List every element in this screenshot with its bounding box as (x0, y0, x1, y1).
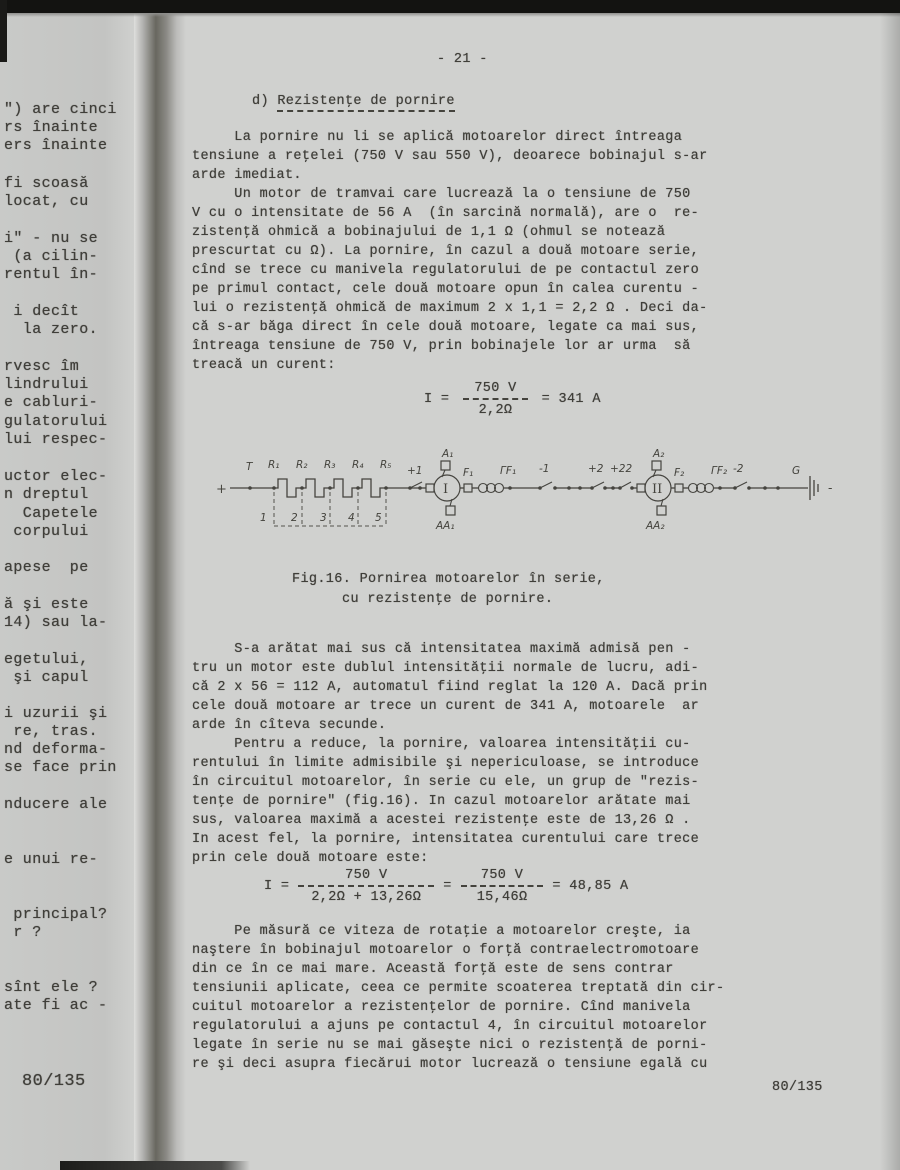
heading-prefix: d) (252, 94, 277, 109)
text-line: regulatorului a ajuns pe contactul 4, în… (192, 1017, 724, 1036)
fraction-denominator: 15,46Ω (461, 885, 544, 905)
text-line: în circuitul motoarelor, în serie cu ele… (192, 773, 699, 792)
scan-bottom-edge (60, 1161, 250, 1170)
label-F2: F₂ (674, 467, 685, 479)
formula-lhs: I = (424, 392, 449, 407)
scan-left-edge (0, 0, 7, 62)
fraction: 750 V 2,2Ω (458, 381, 532, 418)
formula-current-4885: I = 750 V 2,2Ω + 13,26Ω = 750 V 15,46Ω =… (264, 868, 628, 905)
label-contact-plus22: +22 (610, 463, 632, 475)
fraction-numerator: 750 V (331, 868, 401, 885)
left-page-fragment: ate fi ac - (4, 997, 107, 1014)
contact-node-R5 (384, 486, 388, 490)
left-page-fragment: lindrului (4, 376, 89, 393)
text-line: tensiunii aplicate, ceea ce permite scoa… (192, 979, 724, 998)
left-page-fragment: rentul în- (4, 266, 98, 283)
fraction-numerator: 750 V (458, 381, 532, 398)
label-R3: R₃ (324, 459, 336, 471)
text-line: In acest fel, la pornire, intensitatea c… (192, 830, 699, 849)
step-number-3: 3 (320, 512, 327, 524)
text-line: V cu o intensitate de 56 A (în sarcină n… (192, 204, 708, 223)
scan-top-shadow (0, 13, 900, 17)
left-page-fragment: i decît (4, 303, 79, 320)
text-line: că 2 x 56 = 112 A, automatul fiind regla… (192, 678, 708, 697)
contact-node (763, 486, 767, 490)
left-page-fragment: rs înainte (4, 119, 98, 136)
fraction: 750 V 2,2Ω + 13,26Ω (298, 868, 434, 905)
field-box-F1 (464, 484, 472, 492)
text-line: legate în serie nu se mai găseşte nici o… (192, 1036, 724, 1055)
label-F1: F₁ (463, 467, 473, 479)
formula-lhs: I = (264, 879, 289, 894)
left-page-fragment: nd deforma- (4, 741, 107, 758)
switch-blade-plus22 (620, 482, 631, 488)
left-page-fragment: re, tras. (4, 723, 98, 740)
motor1-brush-top (441, 461, 450, 470)
label-contact-plus2: +2 (588, 463, 604, 475)
section-heading: d) Rezistenţe de pornire (252, 92, 455, 111)
text-line: zistenţă ohmică a bobinajului de 1,1 Ω (… (192, 223, 708, 242)
formula-result: = 48,85 A (552, 879, 628, 894)
switch-blade-plus2 (592, 482, 604, 488)
motor2-terminal-box (637, 484, 645, 492)
text-line: arde în cîteva secunde. (192, 716, 708, 735)
left-page-fragment: e cabluri- (4, 394, 98, 411)
left-page-fragment: la zero. (4, 321, 98, 338)
scan-top-edge (0, 0, 900, 13)
text-line: că s-ar băga direct în cele două motoare… (192, 318, 708, 337)
contact-node (578, 486, 582, 490)
step-number-4: 4 (348, 512, 355, 524)
left-page-fragment: 14) sau la- (4, 614, 107, 631)
left-page-fragment: gulatorului (4, 413, 107, 430)
motor1-brush-bottom (446, 506, 455, 515)
label-T: T (246, 461, 254, 473)
label-G: G (792, 465, 800, 477)
motor1-label: I (443, 482, 448, 497)
left-page-fragment: fi scoasă (4, 175, 89, 192)
contact-node (776, 486, 780, 490)
text-line: re şi deci asupra fiecărui motor lucreaz… (192, 1055, 724, 1074)
switch-blade-minus2 (735, 482, 747, 488)
left-page-fragment: apese pe (4, 559, 89, 576)
left-page-fragment: nducere ale (4, 796, 107, 813)
left-page-fragment: r ? (4, 924, 42, 941)
figure-caption-line2: cu rezistenţe de pornire. (342, 590, 553, 609)
contact-node-T (248, 486, 252, 490)
text-line: prin cele două motoare este: (192, 849, 699, 868)
text-line: S-a arătat mai sus că intensitatea maxim… (192, 640, 708, 659)
left-page-footer: 80/135 (22, 1072, 86, 1091)
text-line: tru un motor este dublul intensităţii no… (192, 659, 708, 678)
left-page-fragment: şi capul (4, 669, 89, 686)
formula-result: = 341 A (542, 392, 601, 407)
left-page-fragment: sînt ele ? (4, 979, 98, 996)
left-page-fragment: n dreptul (4, 486, 89, 503)
fraction-numerator: 750 V (465, 868, 539, 885)
left-page-fragment: uctor elec- (4, 468, 107, 485)
label-R4: R₄ (352, 459, 364, 471)
label-AA1: AA₁ (435, 520, 455, 532)
book-gutter-shadow (134, 13, 186, 1170)
left-page-fragment: ers înainte (4, 137, 107, 154)
text-line: rentului în limite admisibile şi neperic… (192, 754, 699, 773)
fraction-denominator: 2,2Ω (463, 398, 529, 418)
contact-node (718, 486, 722, 490)
text-line: Pe măsură ce viteza de rotaţie a motoare… (192, 922, 724, 941)
ground-symbol (810, 476, 818, 500)
label-contact-plus1: +1 (407, 465, 422, 477)
page-right-edge-shadow (880, 13, 900, 1170)
label-AA2: AA₂ (645, 520, 665, 532)
left-page-fragment: locat, cu (4, 193, 89, 210)
left-page-fragment: i uzurii şi (4, 705, 107, 722)
left-page-fragment: Capetele (4, 505, 98, 522)
paragraph-1: La pornire nu li se aplică motoarelor di… (192, 128, 708, 185)
formula-current-341: I = 750 V 2,2Ω = 341 A (424, 381, 601, 418)
text-line: lui o rezistenţă ohmică de maximum 2 x 1… (192, 299, 708, 318)
text-line: din ce în ce mai mare. Această forţă est… (192, 960, 724, 979)
text-line: treacă un curent: (192, 356, 708, 375)
label-contact-minus2: -2 (733, 463, 744, 475)
label-A2: A₂ (652, 448, 665, 460)
text-line: Pentru a reduce, la pornire, valoarea in… (192, 735, 699, 754)
fraction: 750 V 15,46Ω (461, 868, 544, 905)
text-line: cînd se trece cu manivela regulatorului … (192, 261, 708, 280)
left-page-edge: ") are cincirs înainteers înaintefi scoa… (0, 13, 134, 1170)
label-A1: A₁ (441, 448, 453, 460)
text-line: Un motor de tramvai care lucrează la o t… (192, 185, 708, 204)
step-number-5: 5 (375, 512, 382, 524)
step-number-1: 1 (260, 512, 267, 524)
contact-node-R4 (356, 486, 360, 490)
left-page-fragment: ") are cinci (4, 101, 117, 118)
figure-16-circuit-diagram: + T R₁ R₂ R₃ R₄ R₅ 1 2 3 4 5 +1 I (214, 446, 839, 546)
left-page-fragment: principal? (4, 906, 107, 923)
fraction-denominator: 2,2Ω + 13,26Ω (298, 885, 434, 905)
label-R5: R₅ (380, 459, 392, 471)
text-line: arde imediat. (192, 166, 708, 185)
text-line: cele două motoare ar trece un curent de … (192, 697, 708, 716)
label-GF1: ΓF₁ (500, 465, 516, 477)
scanned-book-page: ") are cincirs înainteers înaintefi scoa… (0, 0, 900, 1170)
label-R2: R₂ (296, 459, 308, 471)
minus-terminal-label: - (828, 481, 832, 496)
left-page-fragment: egetului, (4, 651, 89, 668)
contact-node (508, 486, 512, 490)
contact-node-R1 (272, 486, 276, 490)
left-page-fragment: (a cilin- (4, 248, 98, 265)
text-line: La pornire nu li se aplică motoarelor di… (192, 128, 708, 147)
text-line: cuitul motoarelor a rezistenţelor de por… (192, 998, 724, 1017)
switch-blade-minus1 (540, 482, 552, 488)
left-page-fragment: e unui re- (4, 851, 98, 868)
text-line: tenţe de pornire" (fig.16). In cazul mot… (192, 792, 699, 811)
left-page-fragment: corpului (4, 523, 89, 540)
equals-sign: = (443, 879, 451, 894)
left-page-fragment: se face prin (4, 759, 117, 776)
paragraph-3: S-a arătat mai sus că intensitatea maxim… (192, 640, 708, 735)
contact-node-R2 (300, 486, 304, 490)
text-line: întreaga tensiune de 750 V, prin bobinaj… (192, 337, 708, 356)
motor2-label: II (652, 482, 662, 497)
motor1-terminal-box (426, 484, 434, 492)
left-page-fragment: ă şi este (4, 596, 89, 613)
paragraph-2: Un motor de tramvai care lucrează la o t… (192, 185, 708, 375)
paragraph-5: Pe măsură ce viteza de rotaţie a motoare… (192, 922, 724, 1074)
plus-terminal-label: + (216, 482, 227, 497)
page-footer: 80/135 (772, 1078, 823, 1097)
label-GF2: ΓF₂ (711, 465, 728, 477)
left-page-fragment: i" - nu se (4, 230, 98, 247)
field-box-F2 (675, 484, 683, 492)
circuit-svg: + T R₁ R₂ R₃ R₄ R₅ 1 2 3 4 5 +1 I (214, 446, 839, 546)
text-line: prescurtat cu Ω). La pornire, în cazul a… (192, 242, 708, 261)
contact-node (567, 486, 571, 490)
label-R1: R₁ (268, 459, 280, 471)
paragraph-4: Pentru a reduce, la pornire, valoarea in… (192, 735, 699, 868)
step-number-2: 2 (291, 512, 298, 524)
contact-node (611, 486, 615, 490)
motor2-brush-top (652, 461, 661, 470)
text-line: sus, valoarea maximă a acestei rezistenţ… (192, 811, 699, 830)
text-line: naştere în bobinajul motoarelor o forţă … (192, 941, 724, 960)
motor2-brush-bottom (657, 506, 666, 515)
left-page-fragment: lui respec- (4, 431, 107, 448)
text-line: pe primul contact, cele două motoare opu… (192, 280, 708, 299)
page-number: - 21 - (437, 50, 488, 69)
left-page-fragment: rvesc îm (4, 358, 79, 375)
contact-node-R3 (328, 486, 332, 490)
heading-title: Rezistenţe de pornire (277, 94, 454, 112)
figure-caption-line1: Fig.16. Pornirea motoarelor în serie, (292, 570, 605, 589)
label-contact-minus1: -1 (539, 463, 549, 475)
text-line: tensiune a reţelei (750 V sau 550 V), de… (192, 147, 708, 166)
